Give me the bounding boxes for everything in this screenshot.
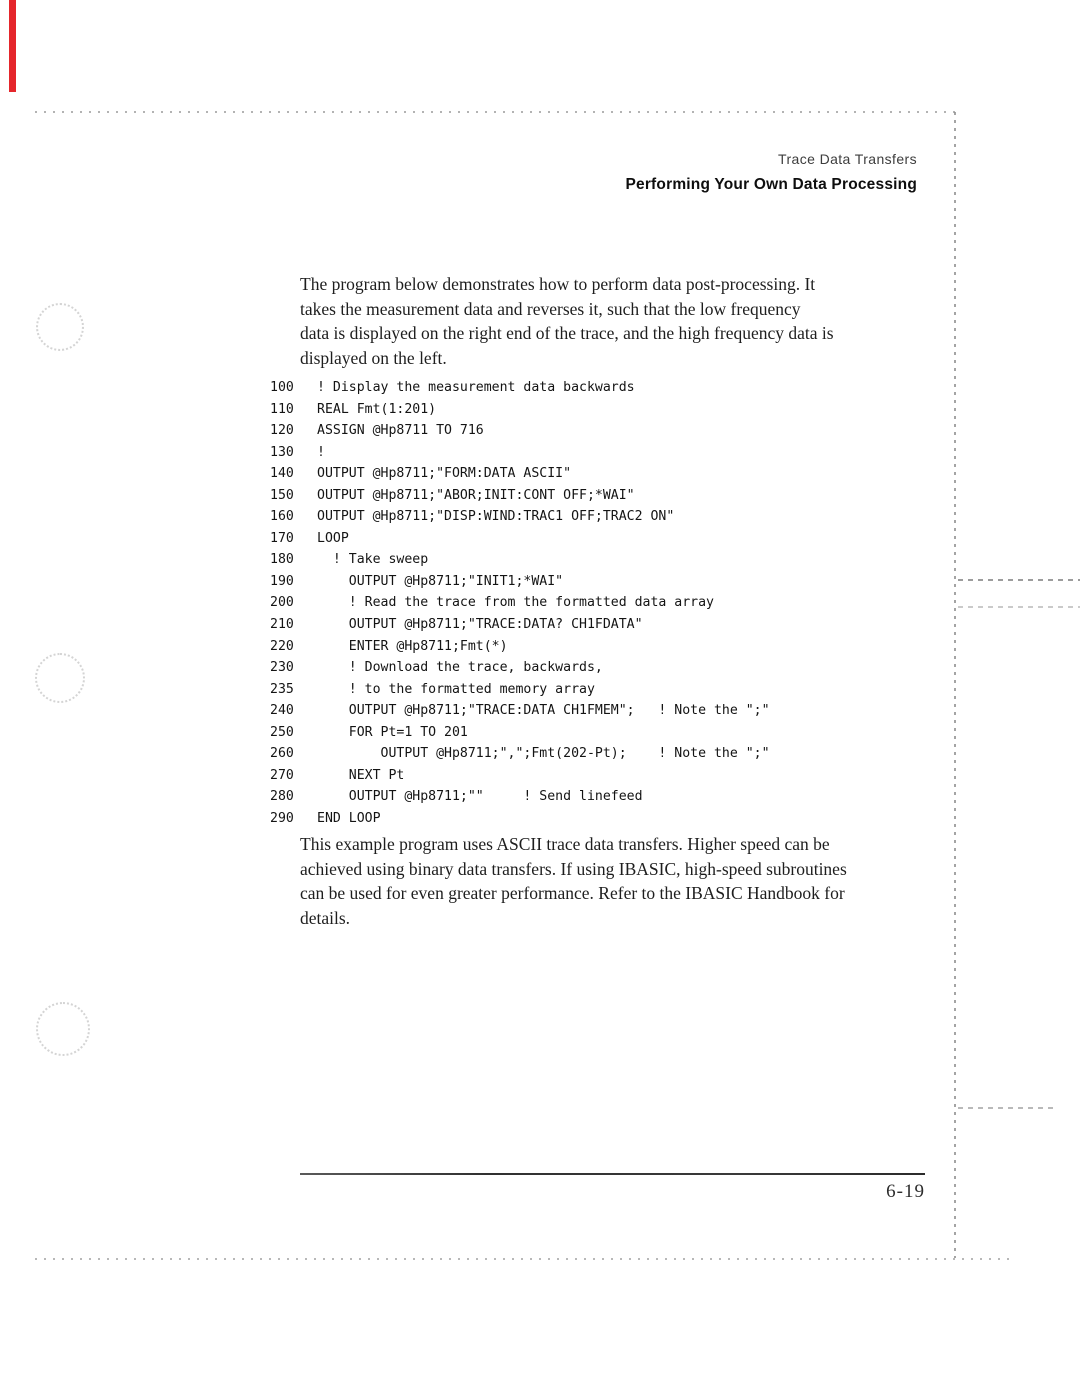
text-line: This example program uses ASCII trace da… bbox=[300, 832, 847, 857]
page-number: 6-19 bbox=[886, 1181, 925, 1203]
program-listing: 100! Display the measurement data backwa… bbox=[270, 377, 770, 829]
code-line: 120ASSIGN @Hp8711 TO 716 bbox=[270, 420, 770, 442]
code-line: 250 FOR Pt=1 TO 201 bbox=[270, 722, 770, 744]
outro-paragraph: This example program uses ASCII trace da… bbox=[300, 832, 847, 930]
bottom-perforation-dotted-line bbox=[35, 1258, 1010, 1260]
code-text: OUTPUT @Hp8711;"FORM:DATA ASCII" bbox=[317, 466, 571, 481]
code-text: ! Download the trace, backwards, bbox=[317, 660, 603, 675]
code-line: 200 ! Read the trace from the formatted … bbox=[270, 592, 770, 614]
code-text: LOOP bbox=[317, 531, 349, 546]
scan-red-edge-mark bbox=[9, 0, 16, 92]
line-number: 130 bbox=[270, 442, 317, 464]
text-line: displayed on the left. bbox=[300, 346, 834, 371]
section-title: Performing Your Own Data Processing bbox=[625, 176, 917, 194]
line-number: 200 bbox=[270, 592, 317, 614]
line-number: 220 bbox=[270, 636, 317, 658]
footer-rule bbox=[300, 1173, 925, 1175]
line-number: 150 bbox=[270, 485, 317, 507]
line-number: 250 bbox=[270, 722, 317, 744]
line-number: 110 bbox=[270, 399, 317, 421]
code-text: OUTPUT @Hp8711;"DISP:WIND:TRAC1 OFF;TRAC… bbox=[317, 509, 674, 524]
punch-hole-1 bbox=[36, 303, 84, 351]
code-text: OUTPUT @Hp8711;"TRACE:DATA CH1FMEM"; ! N… bbox=[317, 703, 770, 718]
code-text: OUTPUT @Hp8711;"TRACE:DATA? CH1FDATA" bbox=[317, 617, 643, 632]
line-number: 235 bbox=[270, 679, 317, 701]
code-text: ASSIGN @Hp8711 TO 716 bbox=[317, 423, 484, 438]
line-number: 170 bbox=[270, 528, 317, 550]
margin-dash-mark-2 bbox=[958, 606, 1080, 608]
line-number: 240 bbox=[270, 700, 317, 722]
line-number: 180 bbox=[270, 549, 317, 571]
text-line: The program below demonstrates how to pe… bbox=[300, 272, 834, 297]
code-line: 270 NEXT Pt bbox=[270, 765, 770, 787]
code-text: OUTPUT @Hp8711;"" ! Send linefeed bbox=[317, 789, 643, 804]
chapter-title: Trace Data Transfers bbox=[625, 150, 917, 168]
code-text: OUTPUT @Hp8711;"ABOR;INIT:CONT OFF;*WAI" bbox=[317, 488, 635, 503]
code-line: 290END LOOP bbox=[270, 808, 770, 830]
line-number: 290 bbox=[270, 808, 317, 830]
punch-hole-2 bbox=[35, 653, 85, 703]
code-line: 110REAL Fmt(1:201) bbox=[270, 399, 770, 421]
page-edge-dotted-line bbox=[954, 112, 956, 1258]
code-line: 210 OUTPUT @Hp8711;"TRACE:DATA? CH1FDATA… bbox=[270, 614, 770, 636]
line-number: 230 bbox=[270, 657, 317, 679]
code-text: ENTER @Hp8711;Fmt(*) bbox=[317, 639, 508, 654]
line-number: 160 bbox=[270, 506, 317, 528]
text-line: can be used for even greater performance… bbox=[300, 881, 847, 906]
code-line: 170LOOP bbox=[270, 528, 770, 550]
code-line: 230 ! Download the trace, backwards, bbox=[270, 657, 770, 679]
line-number: 260 bbox=[270, 743, 317, 765]
line-number: 140 bbox=[270, 463, 317, 485]
line-number: 190 bbox=[270, 571, 317, 593]
code-line: 190 OUTPUT @Hp8711;"INIT1;*WAI" bbox=[270, 571, 770, 593]
code-line: 100! Display the measurement data backwa… bbox=[270, 377, 770, 399]
code-line: 260 OUTPUT @Hp8711;",";Fmt(202-Pt); ! No… bbox=[270, 743, 770, 765]
text-line: achieved using binary data transfers. If… bbox=[300, 857, 847, 882]
line-number: 210 bbox=[270, 614, 317, 636]
code-line: 150OUTPUT @Hp8711;"ABOR;INIT:CONT OFF;*W… bbox=[270, 485, 770, 507]
code-text: OUTPUT @Hp8711;",";Fmt(202-Pt); ! Note t… bbox=[317, 746, 770, 761]
top-perforation-dotted-line bbox=[35, 111, 955, 113]
code-line: 235 ! to the formatted memory array bbox=[270, 679, 770, 701]
code-line: 280 OUTPUT @Hp8711;"" ! Send linefeed bbox=[270, 786, 770, 808]
code-line: 140OUTPUT @Hp8711;"FORM:DATA ASCII" bbox=[270, 463, 770, 485]
code-line: 240 OUTPUT @Hp8711;"TRACE:DATA CH1FMEM";… bbox=[270, 700, 770, 722]
code-line: 160OUTPUT @Hp8711;"DISP:WIND:TRAC1 OFF;T… bbox=[270, 506, 770, 528]
intro-paragraph: The program below demonstrates how to pe… bbox=[300, 272, 834, 370]
punch-hole-3 bbox=[36, 1002, 90, 1056]
line-number: 270 bbox=[270, 765, 317, 787]
text-line: data is displayed on the right end of th… bbox=[300, 321, 834, 346]
code-text: ! Read the trace from the formatted data… bbox=[317, 595, 714, 610]
code-text: NEXT Pt bbox=[317, 768, 404, 783]
text-line: takes the measurement data and reverses … bbox=[300, 297, 834, 322]
line-number: 280 bbox=[270, 786, 317, 808]
scanned-manual-page: Trace Data Transfers Performing Your Own… bbox=[0, 0, 1080, 1397]
code-text: REAL Fmt(1:201) bbox=[317, 402, 436, 417]
code-text: OUTPUT @Hp8711;"INIT1;*WAI" bbox=[317, 574, 563, 589]
code-text: ! Take sweep bbox=[317, 552, 428, 567]
code-line: 220 ENTER @Hp8711;Fmt(*) bbox=[270, 636, 770, 658]
code-text: ! Display the measurement data backwards bbox=[317, 380, 635, 395]
code-line: 130! bbox=[270, 442, 770, 464]
code-line: 180 ! Take sweep bbox=[270, 549, 770, 571]
margin-dash-mark-3 bbox=[958, 1107, 1058, 1109]
text-line: details. bbox=[300, 906, 847, 931]
code-text: END LOOP bbox=[317, 811, 381, 826]
margin-dash-mark-1 bbox=[958, 579, 1080, 581]
line-number: 100 bbox=[270, 377, 317, 399]
code-text: ! bbox=[317, 445, 325, 460]
line-number: 120 bbox=[270, 420, 317, 442]
code-text: FOR Pt=1 TO 201 bbox=[317, 725, 468, 740]
running-header: Trace Data Transfers Performing Your Own… bbox=[625, 150, 917, 194]
code-text: ! to the formatted memory array bbox=[317, 682, 595, 697]
